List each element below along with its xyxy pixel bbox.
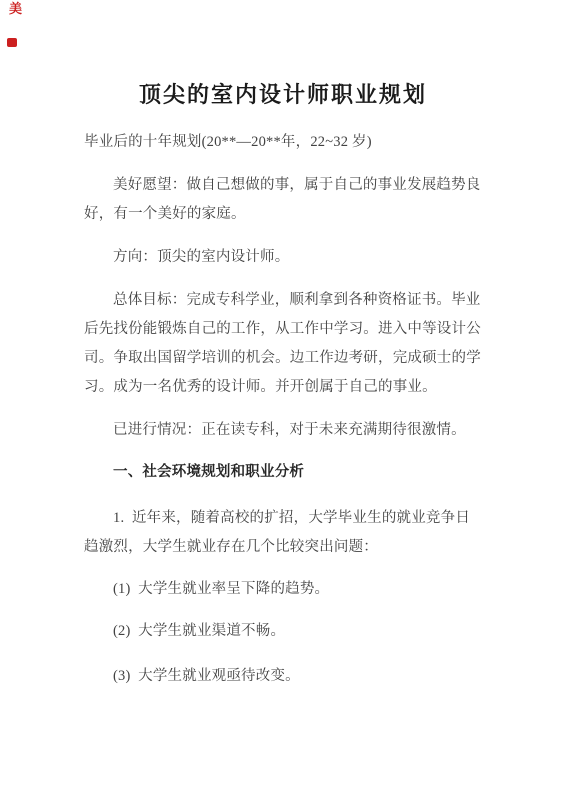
red-watermark-square-icon — [7, 38, 17, 47]
paragraph-wish: 美好愿望：做自己想做的事，属于自己的事业发展趋势良 好，有一个美好的家庭。 — [84, 171, 482, 229]
paragraph-current-status: 已进行情况：正在读专科，对于未来充满期待很激情。 — [84, 416, 482, 445]
red-watermark-char: 美 — [9, 2, 22, 15]
paragraph-direction: 方向：顶尖的室内设计师。 — [84, 243, 482, 272]
paragraph-overall-goal: 总体目标：完成专科学业，顺利拿到各种资格证书。毕业 后先找份能锻炼自己的工作，从… — [84, 286, 482, 402]
document-page: 美 顶尖的室内设计师职业规划 毕业后的十年规划(20**—20**年，22~32… — [0, 0, 566, 800]
list-item-issue-3: (3) 大学生就业观亟待改变。 — [84, 662, 482, 691]
list-item-issue-2: (2) 大学生就业渠道不畅。 — [84, 617, 482, 646]
list-item-issue-1: (1) 大学生就业率呈下降的趋势。 — [84, 575, 482, 604]
document-title: 顶尖的室内设计师职业规划 — [84, 80, 482, 110]
section-1-heading: 一、社会环境规划和职业分析 — [84, 458, 482, 487]
paragraph-analysis-intro: 1. 近年来，随着高校的扩招，大学毕业生的就业竞争日 趋激烈，大学生就业存在几个… — [84, 504, 482, 562]
subtitle-ten-year-plan: 毕业后的十年规划(20**—20**年，22~32 岁) — [84, 128, 482, 157]
